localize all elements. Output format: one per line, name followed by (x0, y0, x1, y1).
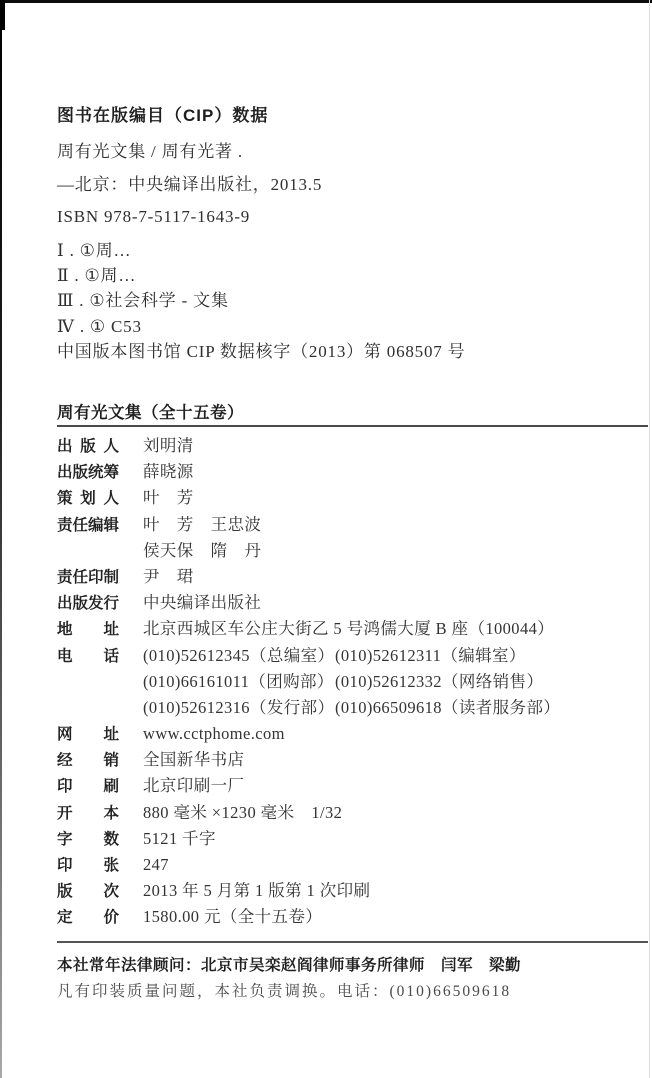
quality-notice-line: 凡有印装质量问题，本社负责调换。电话：(010)66509618 (57, 979, 511, 1001)
row-value-2: (010)52612311（编辑室） (335, 643, 526, 669)
row-label: 印张 (57, 853, 119, 879)
cip-line: —北京：中央编译出版社，2013.5 (57, 169, 617, 202)
row-label: 责任编辑 (57, 513, 119, 539)
table-row: 定价1580.00 元（全十五卷） (57, 904, 642, 930)
row-label: 印刷 (57, 774, 119, 800)
row-value: 叶 芳 (143, 485, 194, 511)
table-row: 地址北京西城区车公庄大街乙 5 号鸿儒大厦 B 座（100044） (57, 616, 642, 642)
row-label: 定价 (57, 905, 119, 931)
row-value: 5121 千字 (143, 826, 216, 852)
table-row: 责任印制尹 珺 (57, 564, 642, 590)
scan-edge-top (0, 0, 652, 3)
table-row: (010)66161011（团购部）(010)52612332（网络销售） (57, 669, 642, 695)
table-row: 电话(010)52612345（总编室）(010)52612311（编辑室） (57, 643, 642, 669)
cip-lines: 周有光文集 / 周有光著 .—北京：中央编译出版社，2013.5ISBN 978… (57, 136, 617, 365)
row-value: 北京西城区车公庄大街乙 5 号鸿儒大厦 B 座（100044） (143, 616, 554, 642)
table-row: 经销全国新华书店 (57, 747, 642, 773)
table-row: 印张247 (57, 852, 642, 878)
table-row: 字数5121 千字 (57, 826, 642, 852)
row-label: 策划人 (57, 486, 119, 512)
row-value: 北京印刷一厂 (143, 773, 244, 799)
row-value: (010)66161011（团购部） (143, 669, 335, 695)
table-row: 出版人刘明清 (57, 433, 642, 459)
divider-bottom (57, 941, 648, 943)
cip-line: Ⅳ . ① C53 (57, 314, 617, 339)
divider-top (57, 425, 648, 427)
cip-header: 图书在版编目（CIP）数据 (57, 101, 617, 126)
row-value: 880 毫米 ×1230 毫米 1/32 (143, 800, 342, 826)
cip-line: 中国版本图书馆 CIP 数据核字（2013）第 068507 号 (57, 339, 617, 364)
book-title: 周有光文集（全十五卷） (57, 399, 244, 423)
table-row: (010)52612316（发行部）(010)66509618（读者服务部） (57, 695, 642, 721)
table-row: 策划人叶 芳 (57, 485, 642, 511)
colophon-rows: 出版人刘明清出版统筹薛晓源策划人叶 芳责任编辑叶 芳 王忠波侯天保 隋 丹责任印… (57, 433, 642, 931)
cip-block: 图书在版编目（CIP）数据 周有光文集 / 周有光著 .—北京：中央编译出版社，… (57, 101, 617, 365)
row-label: 电话 (57, 644, 119, 670)
row-value: 1580.00 元（全十五卷） (143, 904, 322, 930)
scan-corner-mark (0, 0, 5, 30)
row-label: 出版人 (57, 434, 119, 460)
row-label: 网址 (57, 722, 119, 748)
row-value: 侯天保 隋 丹 (143, 538, 261, 564)
legal-counsel-line: 本社常年法律顾问：北京市吴栾赵阎律师事务所律师 闫军 梁勤 (57, 953, 521, 975)
row-label: 出版发行 (57, 591, 119, 617)
cip-line: ISBN 978-7-5117-1643-9 (57, 201, 617, 234)
cip-line: Ⅱ . ①周… (57, 263, 617, 288)
row-label: 字数 (57, 827, 119, 853)
row-value: 尹 珺 (143, 564, 194, 590)
row-value: 叶 芳 王忠波 (143, 512, 261, 538)
row-value: 全国新华书店 (143, 747, 244, 773)
scan-edge-right (649, 0, 650, 1078)
row-value-2: (010)66509618（读者服务部） (335, 695, 560, 721)
cip-line: Ⅲ . ①社会科学 - 文集 (57, 288, 617, 313)
row-value: 2013 年 5 月第 1 版第 1 次印刷 (143, 878, 370, 904)
row-value: (010)52612345（总编室） (143, 643, 335, 669)
table-row: 网址www.cctphome.com (57, 721, 642, 747)
table-row: 出版发行中央编译出版社 (57, 590, 642, 616)
copyright-page: 图书在版编目（CIP）数据 周有光文集 / 周有光著 .—北京：中央编译出版社，… (0, 0, 652, 1078)
row-value: (010)52612316（发行部） (143, 695, 335, 721)
row-label: 版次 (57, 879, 119, 905)
row-label: 经销 (57, 748, 119, 774)
table-row: 版次2013 年 5 月第 1 版第 1 次印刷 (57, 878, 642, 904)
table-row: 出版统筹薛晓源 (57, 459, 642, 485)
scan-edge-left (0, 0, 2, 1078)
row-label: 开本 (57, 801, 119, 827)
cip-line: Ⅰ . ①周… (57, 238, 617, 263)
row-value: 薛晓源 (143, 459, 194, 485)
row-label: 出版统筹 (57, 460, 119, 486)
row-value: 刘明清 (143, 433, 194, 459)
row-value: www.cctphome.com (143, 721, 285, 747)
row-label: 地址 (57, 617, 119, 643)
cip-line: 周有光文集 / 周有光著 . (57, 136, 617, 169)
table-row: 开本880 毫米 ×1230 毫米 1/32 (57, 800, 642, 826)
row-label: 责任印制 (57, 565, 119, 591)
row-value: 中央编译出版社 (143, 590, 261, 616)
table-row: 侯天保 隋 丹 (57, 538, 642, 564)
row-value: 247 (143, 852, 169, 878)
row-value-2: (010)52612332（网络销售） (335, 669, 543, 695)
table-row: 责任编辑叶 芳 王忠波 (57, 512, 642, 538)
table-row: 印刷北京印刷一厂 (57, 773, 642, 799)
